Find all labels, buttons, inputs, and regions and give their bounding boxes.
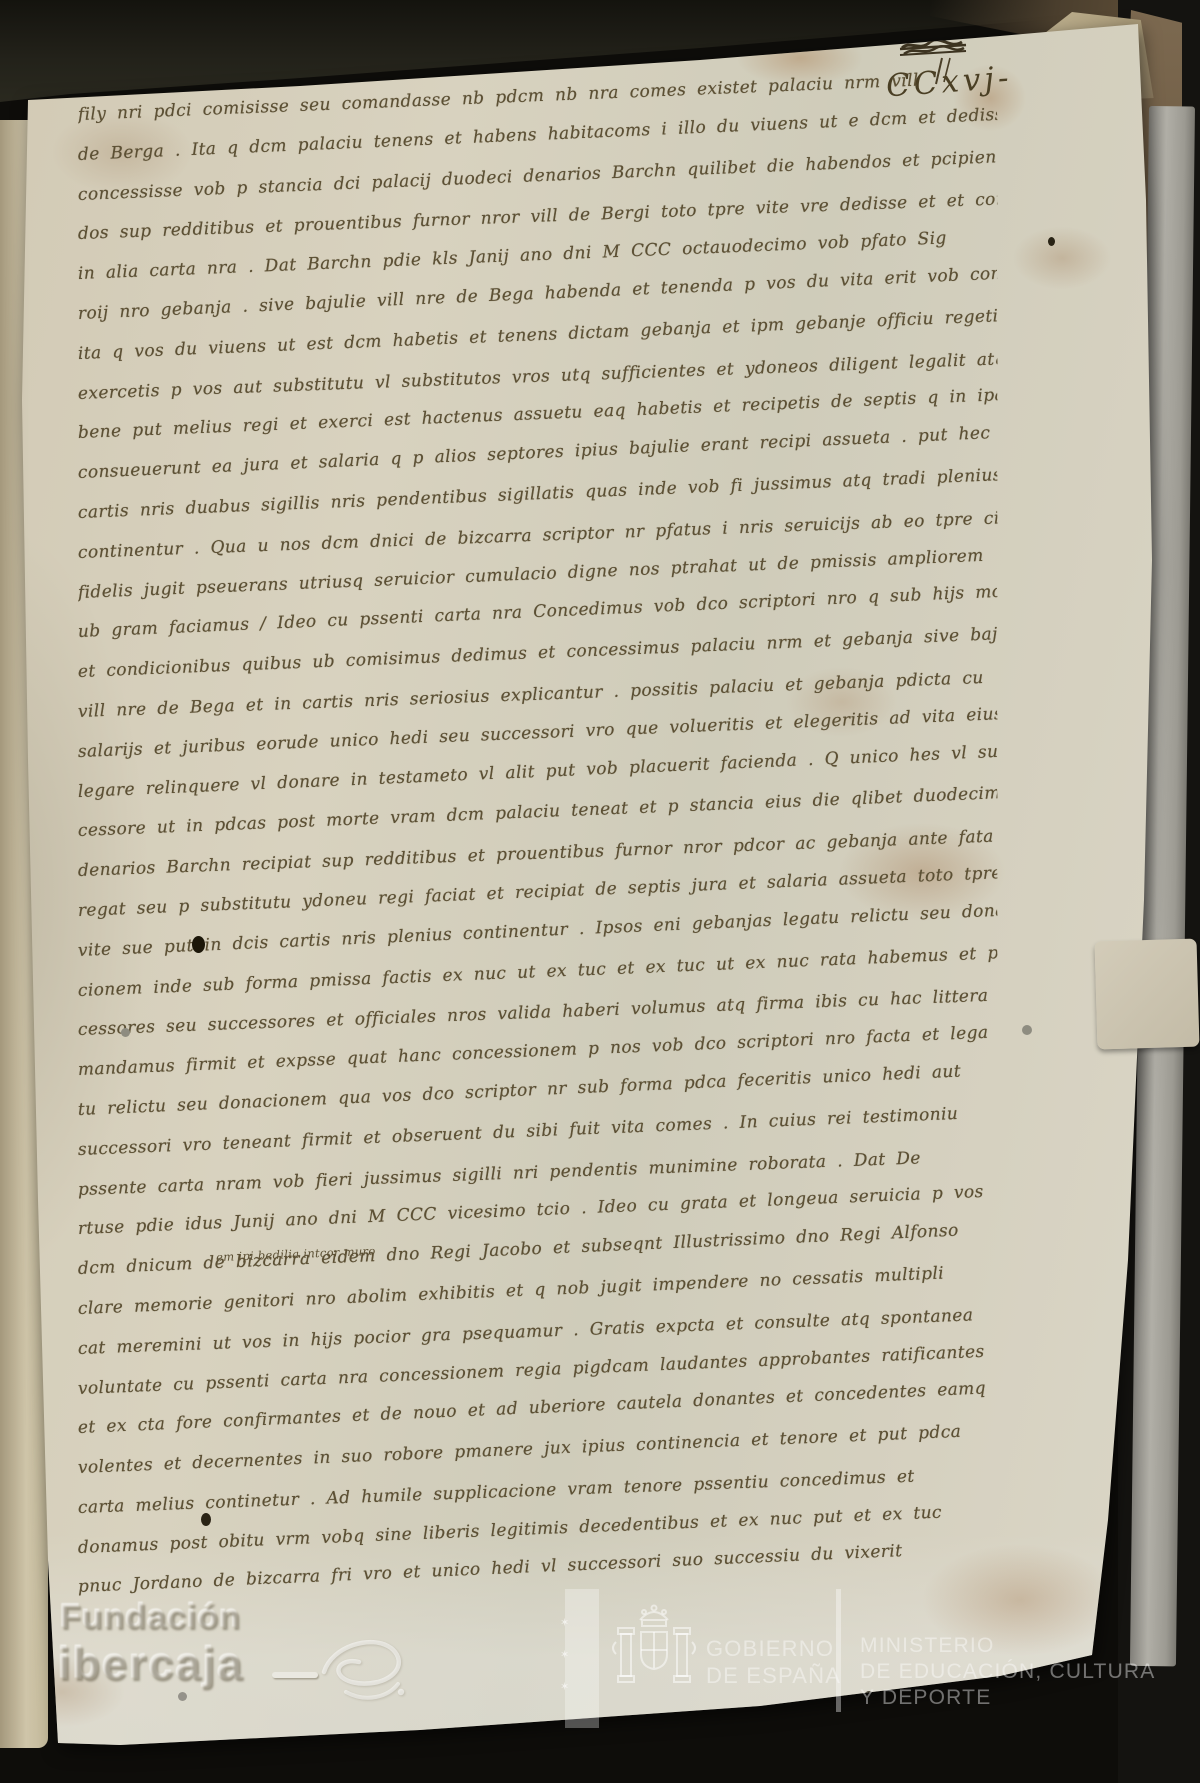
page-shadow: CCxvj- fily nri pdci comisisse seu coman… [0,0,1200,1783]
gobierno-text-line2: DE ESPAÑA [706,1663,841,1689]
ministerio-text-line2: DE EDUCACIÓN, CULTURA [860,1660,1156,1684]
star-icon: ✶ [560,1648,569,1661]
swan-line-icon [316,1626,410,1717]
ibercaja-watermark-line1: Fundación [60,1598,241,1637]
spain-coat-of-arms-icon [604,1602,704,1717]
star-icon: ✶ [560,1616,569,1629]
manuscript-scan: CCxvj- fily nri pdci comisisse seu coman… [0,0,1200,1783]
eu-flag-bar [565,1589,599,1728]
parchment-page: CCxvj- fily nri pdci comisisse seu coman… [0,0,1200,1783]
gobierno-text-line1: GOBIERNO [706,1636,834,1662]
manuscript-text: fily nri pdci comisisse seu comandasse n… [78,96,998,1608]
ink-dot [201,1513,211,1526]
parchment-tab [1095,939,1200,1050]
ibercaja-watermark-line2: ibercaja [58,1638,244,1690]
ibercaja-dash [272,1672,318,1678]
ink-mark [1111,1697,1128,1709]
wormhole-dot [192,936,205,953]
wormhole-dot [121,1028,130,1037]
wormhole-dot [1022,1025,1032,1035]
watermark-divider [836,1589,841,1712]
ministerio-text-line1: MINISTERIO [860,1634,995,1658]
star-icon: ✶ [560,1680,569,1693]
wormhole-dot [178,1692,187,1701]
ministerio-text-line3: Y DEPORTE [860,1686,991,1710]
ink-dot [1048,237,1055,246]
